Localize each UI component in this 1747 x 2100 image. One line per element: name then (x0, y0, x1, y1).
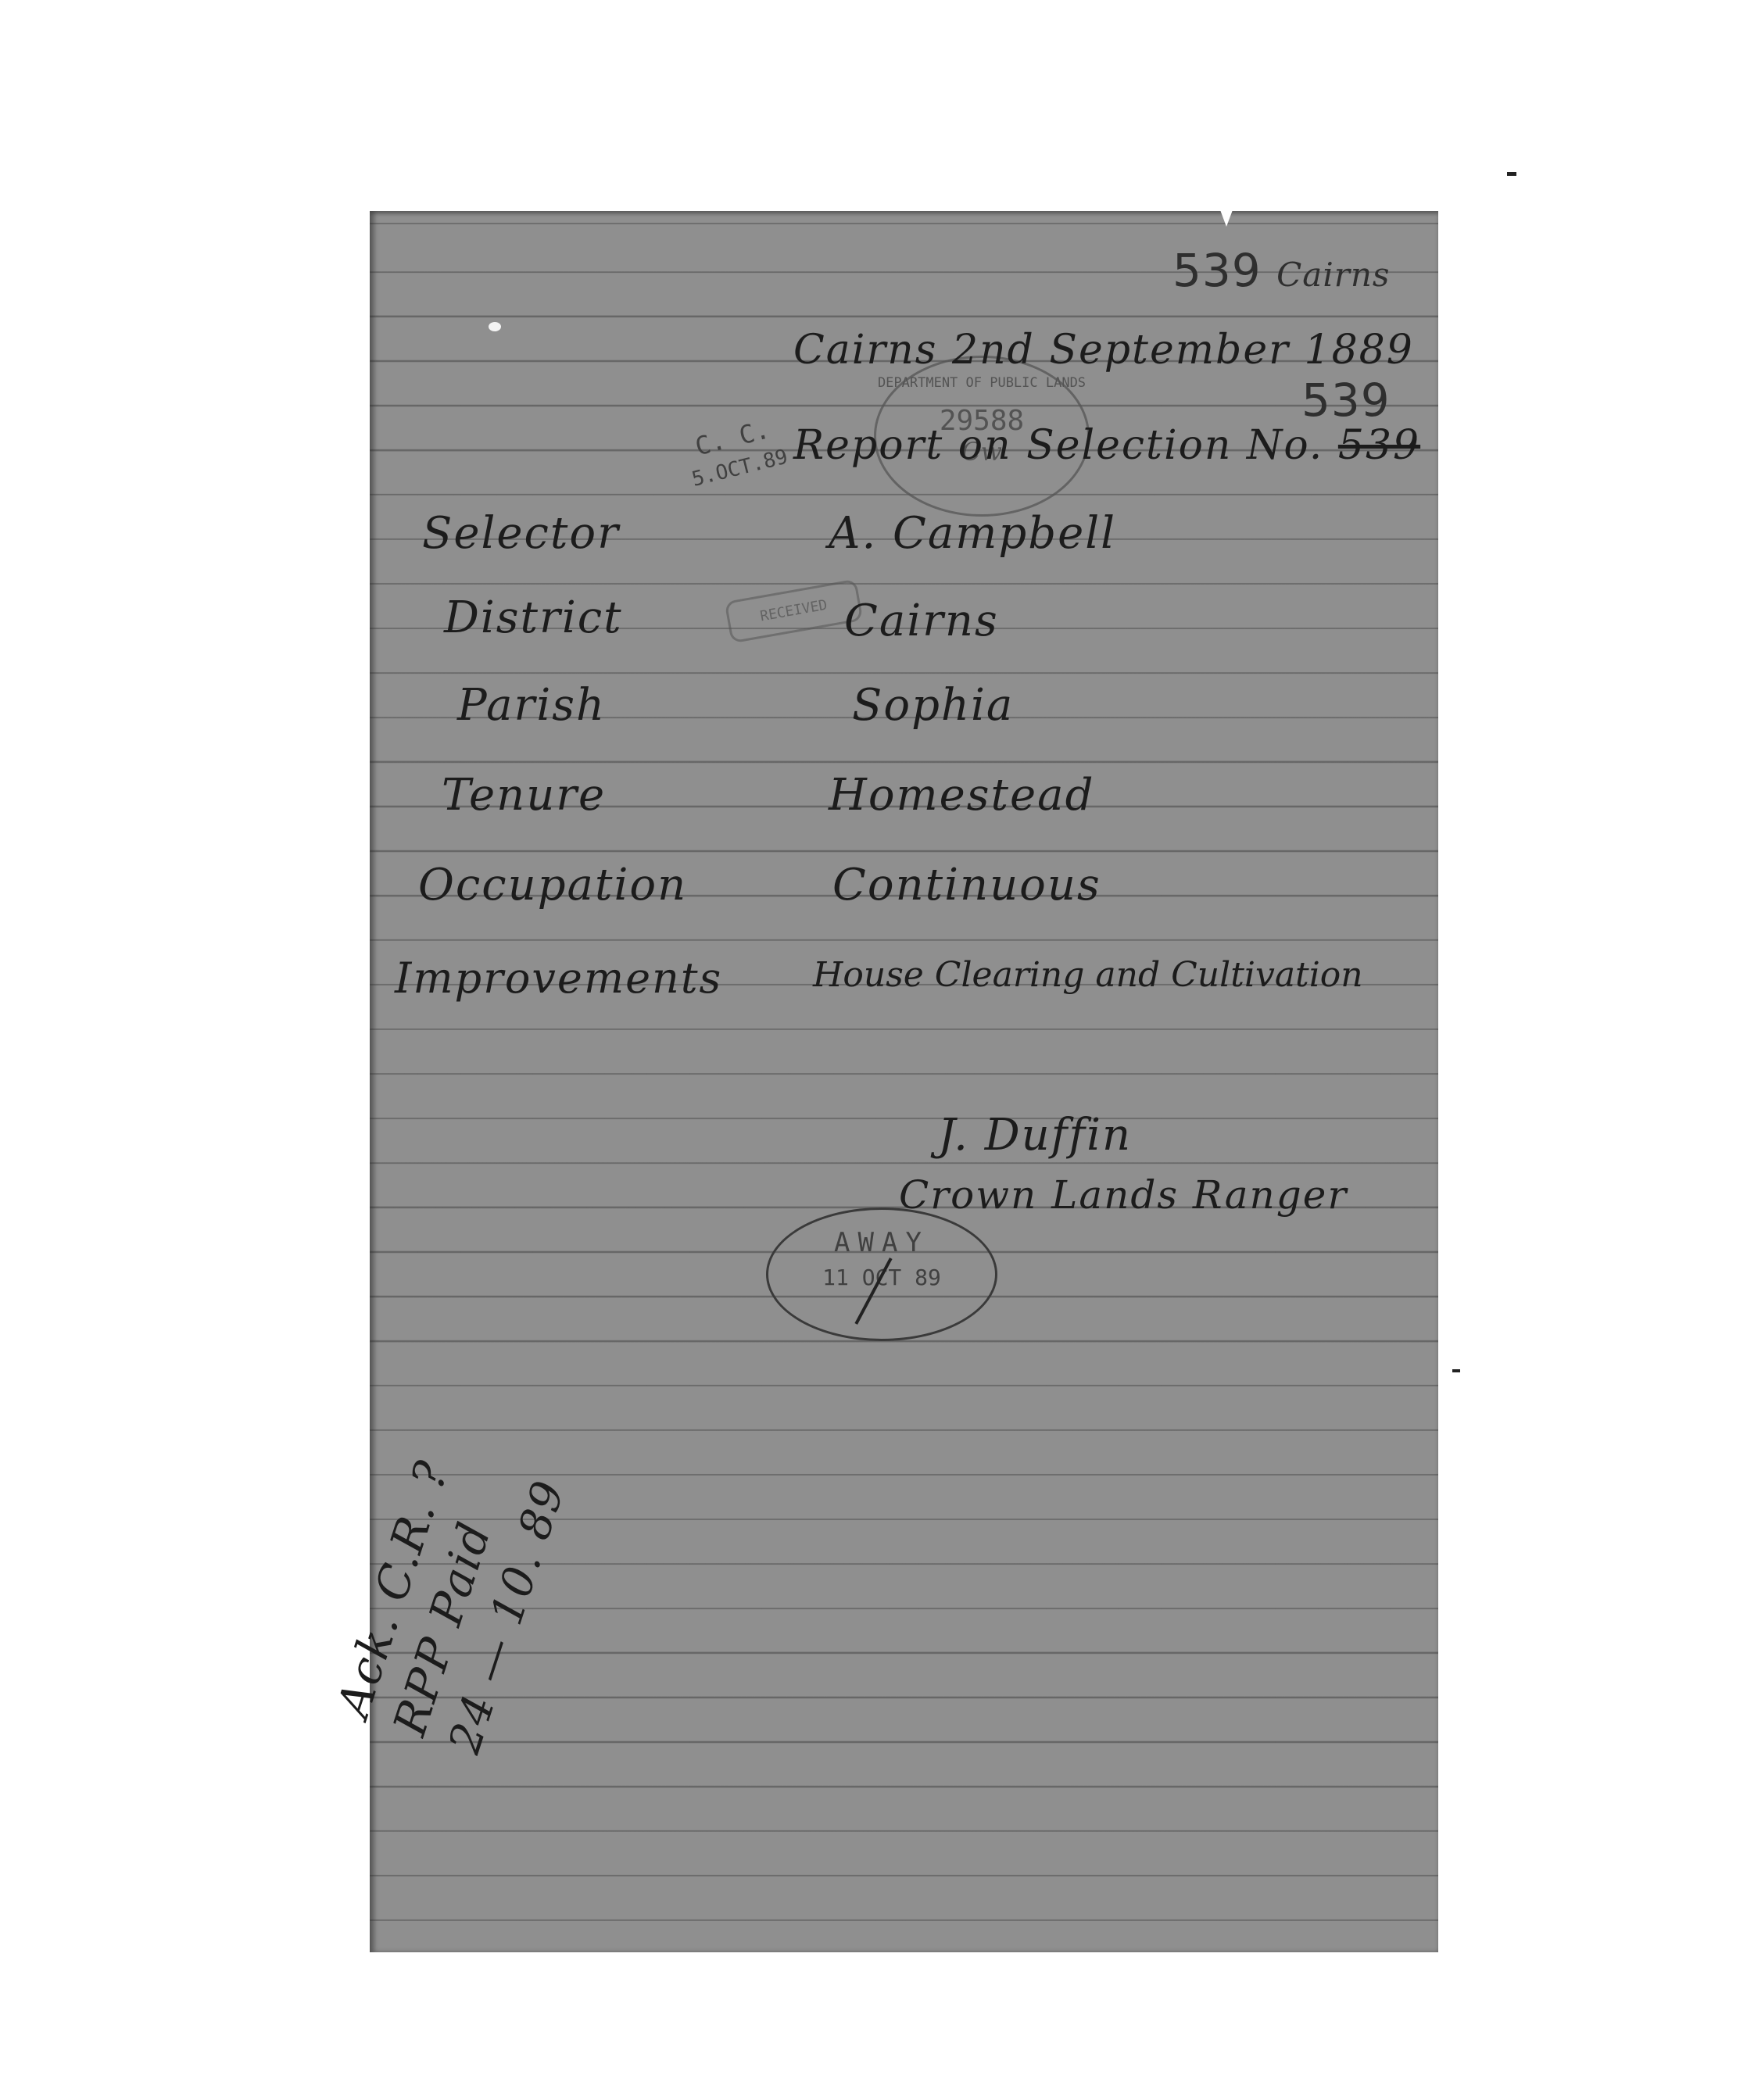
signature-title: Crown Lands Ranger (899, 1172, 1348, 1218)
field-value-selector: A. Campbell (829, 508, 1116, 559)
field-label-occupation: Occupation (418, 860, 687, 910)
field-label-selector: Selector (422, 508, 620, 559)
field-label-parish: Parish (457, 680, 606, 731)
report-title: Report on Selection No. 539 (793, 422, 1420, 469)
scan-speck (1507, 172, 1516, 176)
selection-number-corrected: 539 (1301, 374, 1391, 427)
field-value-parish: Sophia (852, 680, 1014, 731)
received-tab-stamp-text: RECEIVED (759, 597, 829, 625)
field-label-improvements: Improvements (395, 953, 722, 1003)
report-title-text: Report on Selection No. (793, 422, 1323, 469)
place-date-line: Cairns 2nd September 1889 (793, 327, 1414, 374)
field-value-improvements: House Clearing and Cultivation (813, 955, 1363, 995)
file-number: 539 (1172, 244, 1262, 297)
field-value-occupation: Continuous (832, 860, 1101, 910)
department-stamp-text: DEPARTMENT OF PUBLIC LANDS (876, 375, 1087, 391)
scan-speck (1452, 1369, 1460, 1372)
signature-name: J. Duffin (938, 1110, 1132, 1161)
away-stamp-text: AWAY (768, 1227, 995, 1258)
file-place: Cairns (1276, 256, 1390, 294)
field-label-tenure: Tenure (442, 770, 606, 821)
field-value-district: Cairns (844, 596, 999, 646)
file-annotation: 539 Cairns (1172, 244, 1390, 297)
selection-number-struck: 539 (1338, 422, 1420, 469)
paper-hole (489, 322, 501, 331)
field-value-tenure: Homestead (829, 770, 1094, 821)
paper-tear-notch (1219, 208, 1233, 227)
field-label-district: District (444, 592, 623, 643)
